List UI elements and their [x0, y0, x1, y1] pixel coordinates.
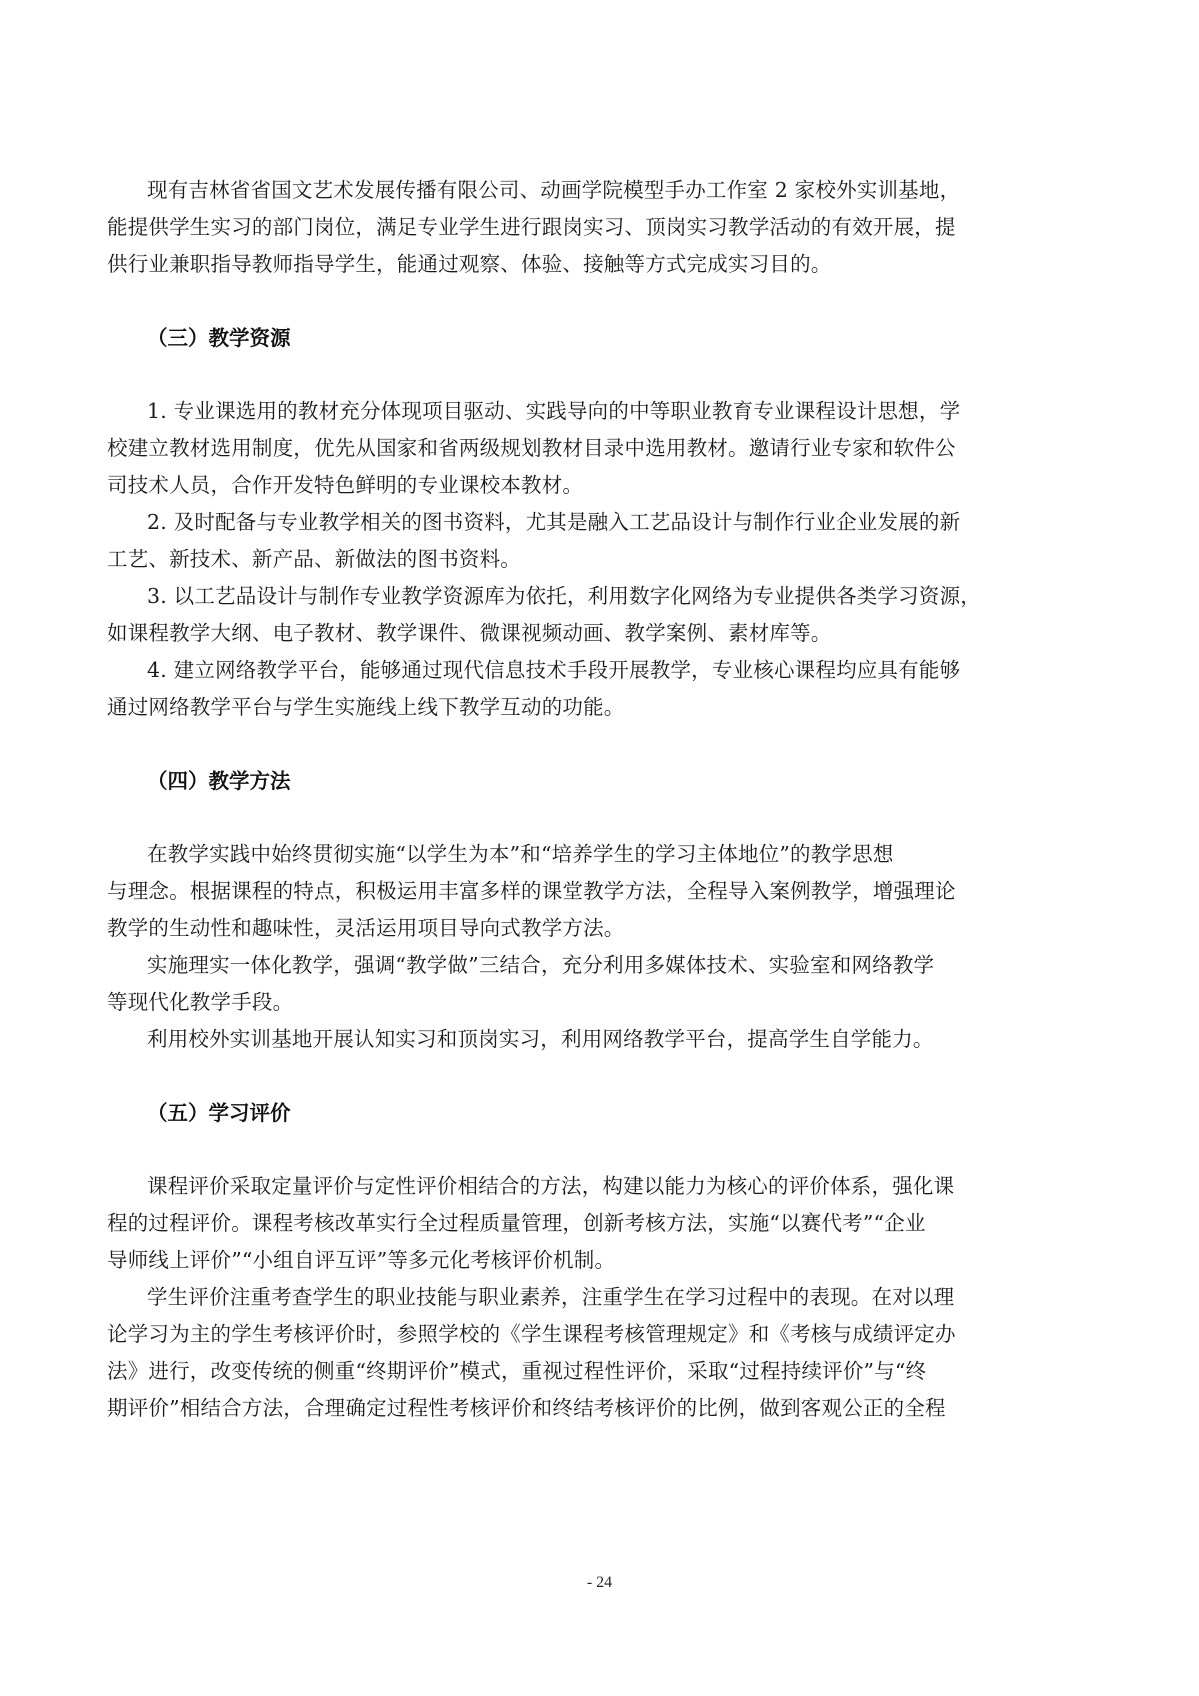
evaluation-para-1-line-3: 导师线上评价”“小组自评互评”等多元化考核评价机制。: [107, 1246, 615, 1274]
evaluation-para-2-line-1: 学生评价注重考查学生的职业技能与职业素养，注重学生在学习过程中的表现。在对以理: [147, 1283, 954, 1311]
section-heading-learning-evaluation: （五）学习评价: [147, 1099, 291, 1127]
evaluation-para-2-line-4: 期评价”相结合方法，合理确定过程性考核评价和终结考核评价的比例，做到客观公正的全…: [107, 1394, 946, 1422]
page-number: - 24: [0, 1574, 1199, 1592]
resource-item-4-line-2: 通过网络教学平台与学生实施线上线下教学互动的功能。: [107, 693, 625, 721]
evaluation-para-1-line-1: 课程评价采取定量评价与定性评价相结合的方法，构建以能力为核心的评价体系，强化课: [147, 1172, 954, 1200]
intro-line-3: 供行业兼职指导教师指导学生，能通过观察、体验、接触等方式完成实习目的。: [107, 250, 832, 278]
section-heading-teaching-resources: （三）教学资源: [147, 324, 291, 352]
resource-item-2-line-2: 工艺、新技术、新产品、新做法的图书资料。: [107, 545, 521, 573]
resource-item-3-line-1: 3. 以工艺品设计与制作专业教学资源库为依托，利用数字化网络为专业提供各类学习资…: [147, 582, 981, 610]
evaluation-para-2-line-2: 论学习为主的学生考核评价时，参照学校的《学生课程考核管理规定》和《考核与成绩评定…: [107, 1320, 956, 1348]
method-para-2-line-1: 实施理实一体化教学，强调“教学做”三结合，充分利用多媒体技术、实验室和网络教学: [147, 951, 934, 979]
method-para-1-line-2: 与理念。根据课程的特点，积极运用丰富多样的课堂教学方法，全程导入案例教学，增强理…: [107, 877, 956, 905]
resource-item-1-line-1: 1. 专业课选用的教材充分体现项目驱动、实践导向的中等职业教育专业课程设计思想，…: [147, 397, 960, 425]
resource-item-1-line-3: 司技术人员，合作开发特色鲜明的专业课校本教材。: [107, 471, 583, 499]
evaluation-para-1-line-2: 程的过程评价。课程考核改革实行全过程质量管理，创新考核方法，实施“以赛代考”“企…: [107, 1209, 926, 1237]
method-para-2-line-2: 等现代化教学手段。: [107, 988, 293, 1016]
section-heading-teaching-methods: （四）教学方法: [147, 767, 291, 795]
intro-line-2: 能提供学生实习的部门岗位，满足专业学生进行跟岗实习、顶岗实习教学活动的有效开展，…: [107, 213, 956, 241]
resource-item-3-line-2: 如课程教学大纲、电子教材、教学课件、微课视频动画、教学案例、素材库等。: [107, 619, 832, 647]
resource-item-1-line-2: 校建立教材选用制度，优先从国家和省两级规划教材目录中选用教材。邀请行业专家和软件…: [107, 434, 956, 462]
method-para-1-line-3: 教学的生动性和趣味性，灵活运用项目导向式教学方法。: [107, 914, 625, 942]
method-para-1-line-1: 在教学实践中始终贯彻实施“以学生为本”和“培养学生的学习主体地位”的教学思想: [147, 840, 894, 868]
resource-item-2-line-1: 2. 及时配备与专业教学相关的图书资料，尤其是融入工艺品设计与制作行业企业发展的…: [147, 508, 960, 536]
resource-item-4-line-1: 4. 建立网络教学平台，能够通过现代信息技术手段开展教学，专业核心课程均应具有能…: [147, 656, 960, 684]
evaluation-para-2-line-3: 法》进行，改变传统的侧重“终期评价”模式，重视过程性评价，采取“过程持续评价”与…: [107, 1357, 926, 1385]
method-para-3-line-1: 利用校外实训基地开展认知实习和顶岗实习，利用网络教学平台，提高学生自学能力。: [147, 1025, 934, 1053]
intro-line-1: 现有吉林省省国文艺术发展传播有限公司、动画学院模型手办工作室 2 家校外实训基地…: [147, 176, 960, 204]
